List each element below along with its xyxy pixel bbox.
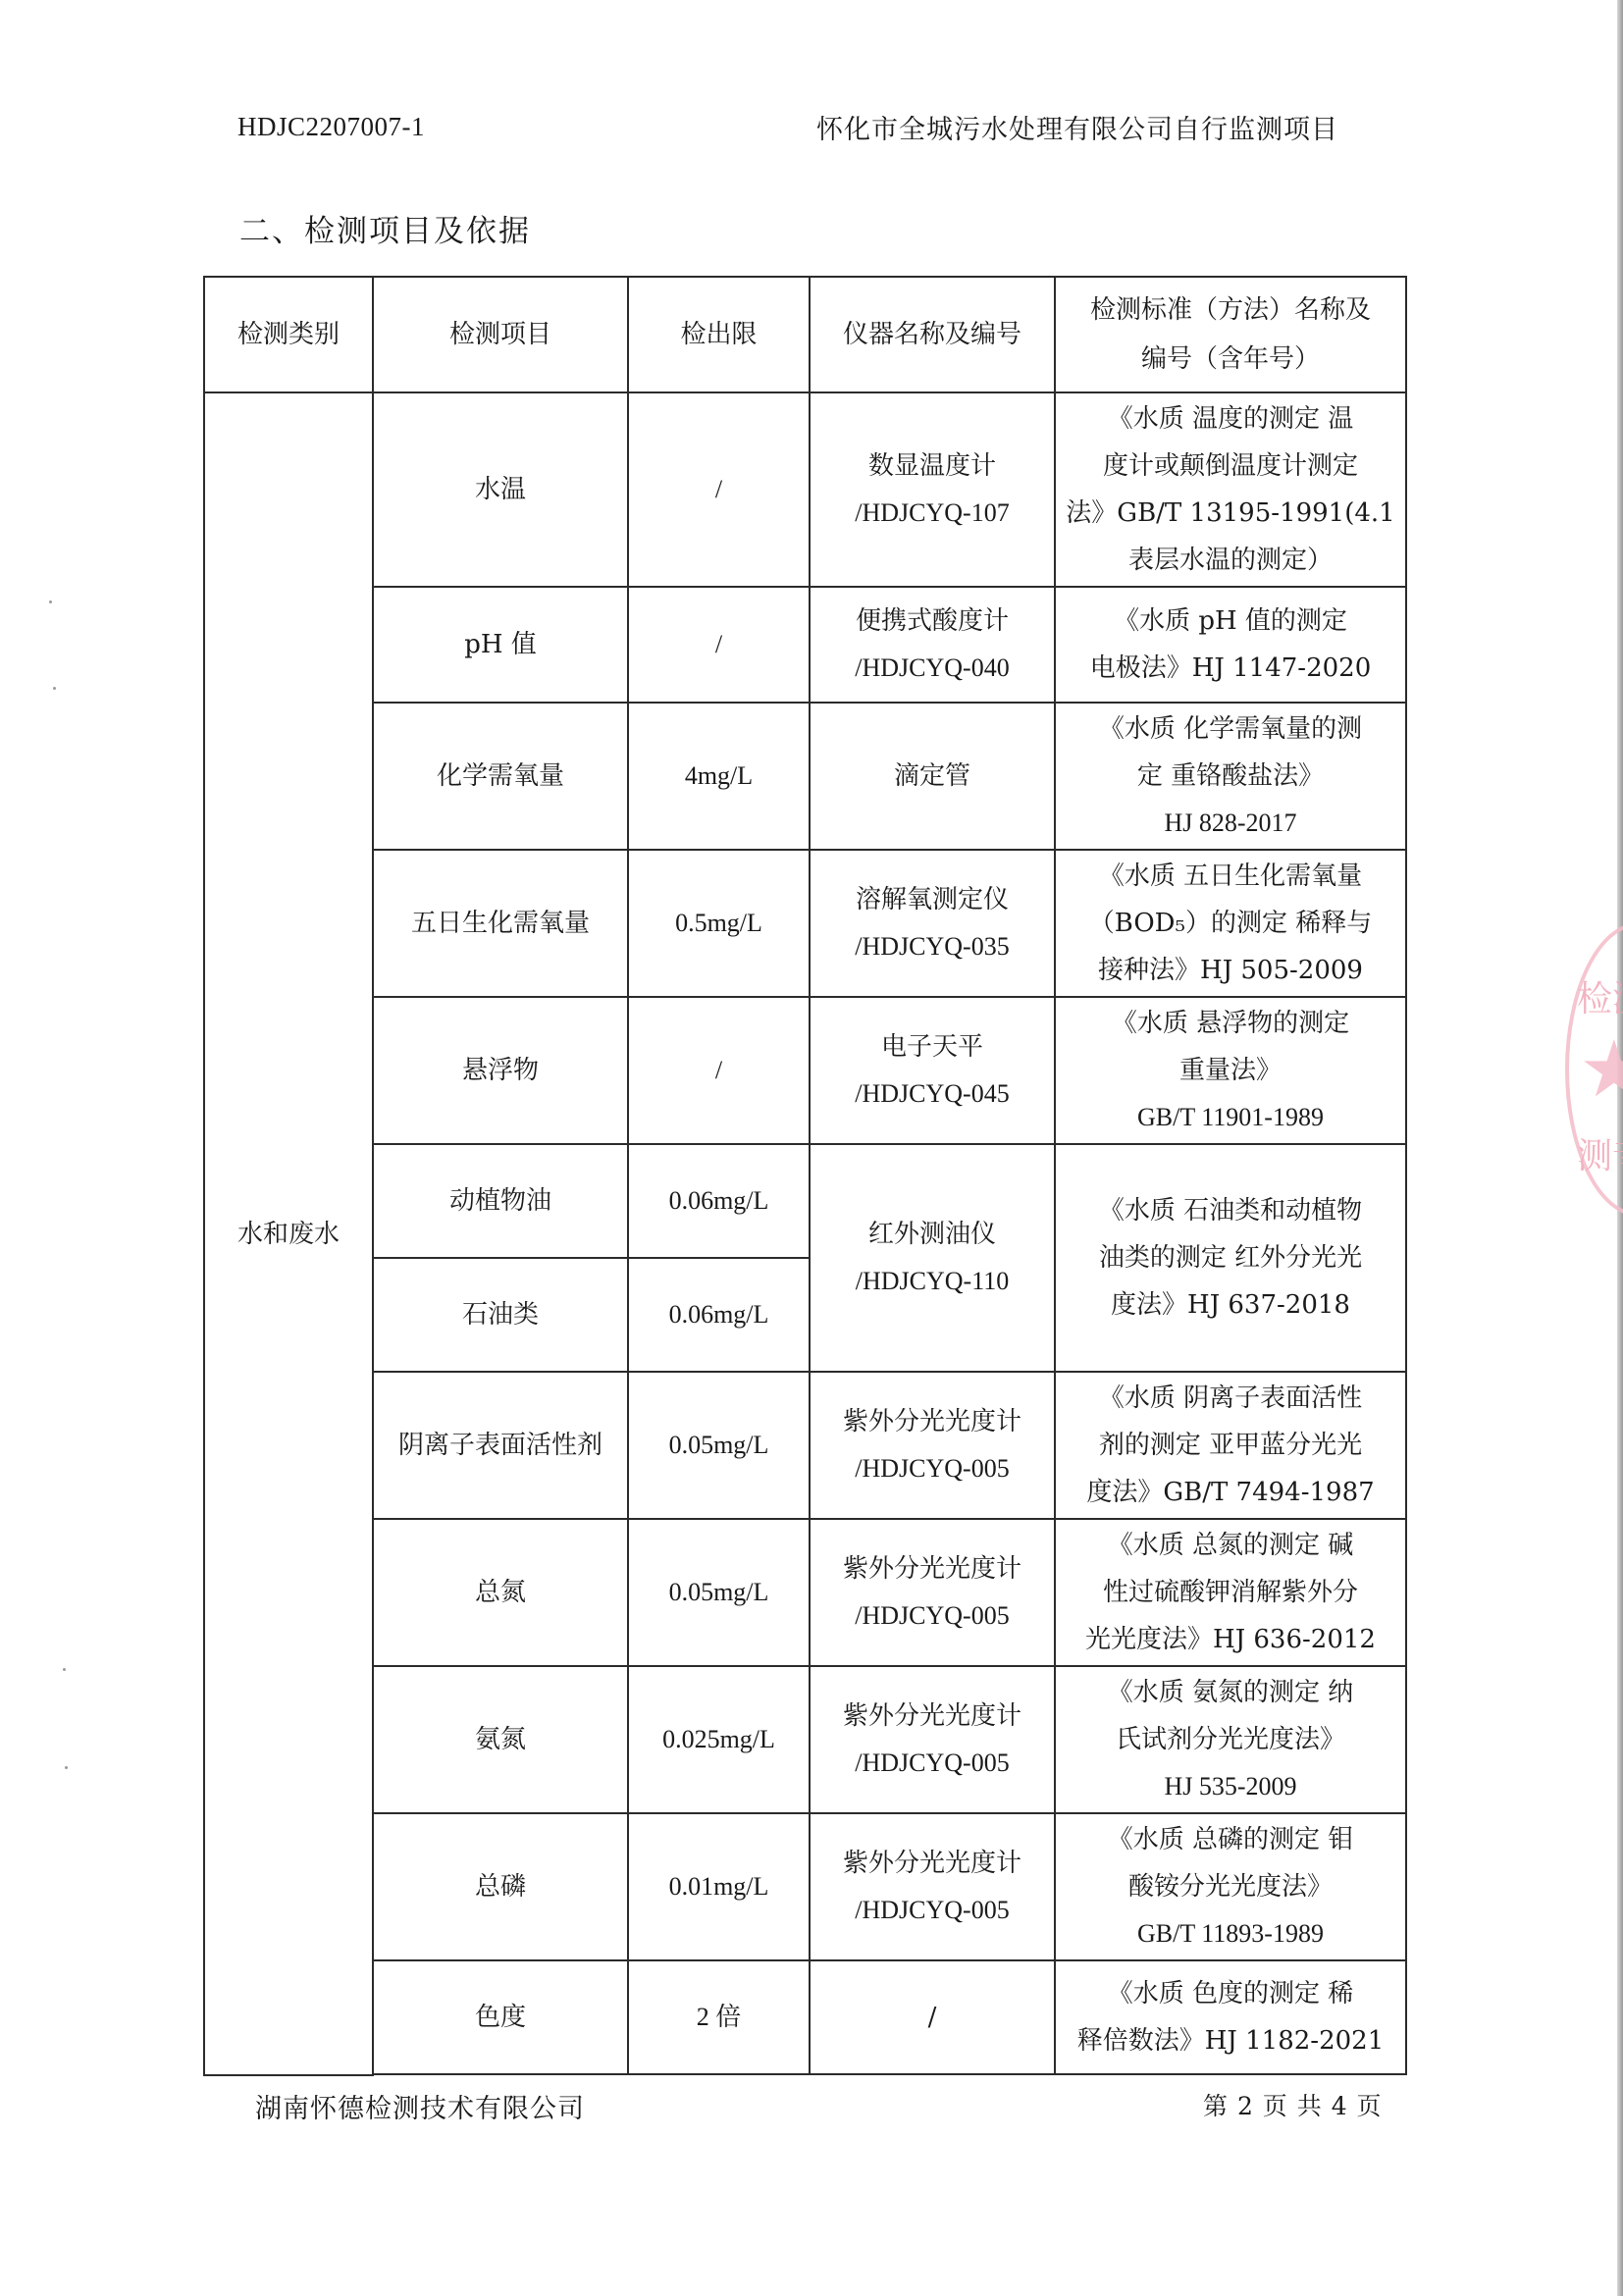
limit-cell: 0.05mg/L: [628, 1372, 810, 1519]
item-cell: 化学需氧量: [373, 703, 628, 850]
project-title: 怀化市全城污水处理有限公司自行监测项目: [816, 108, 1338, 146]
footer-company: 湖南怀德检测技术有限公司: [255, 2087, 585, 2125]
item-cell: 五日生化需氧量: [373, 850, 628, 997]
instrument-cell: 紫外分光光度计 /HDJCYQ-005: [810, 1519, 1055, 1666]
item-cell: 色度: [373, 1960, 628, 2074]
instrument-cell: 紫外分光光度计 /HDJCYQ-005: [810, 1666, 1055, 1813]
instrument-cell: /: [810, 1960, 1055, 2074]
table-row: 悬浮物 / 电子天平 /HDJCYQ-045 《水质 悬浮物的测定 重量法》 G…: [204, 997, 1406, 1144]
scan-speck: [63, 1668, 66, 1671]
standard-cell: 《水质 pH 值的测定 电极法》HJ 1147-2020: [1055, 587, 1406, 703]
scan-speck: [49, 600, 52, 603]
col-header-standard: 检测标准（方法）名称及 编号（含年号）: [1055, 277, 1406, 392]
standard-cell: 《水质 氨氮的测定 纳 氏试剂分光光度法》 HJ 535-2009: [1055, 1666, 1406, 1813]
category-cell: 水和废水: [204, 392, 373, 2075]
standard-cell: 《水质 总磷的测定 钼 酸铵分光光度法》 GB/T 11893-1989: [1055, 1813, 1406, 1960]
item-cell: 水温: [373, 392, 628, 587]
standard-cell: 《水质 石油类和动植物 油类的测定 红外分光光 度法》HJ 637-2018: [1055, 1144, 1406, 1372]
col-header-instrument: 仪器名称及编号: [810, 277, 1055, 392]
limit-cell: 4mg/L: [628, 703, 810, 850]
item-cell: 悬浮物: [373, 997, 628, 1144]
standard-cell: 《水质 色度的测定 稀 释倍数法》HJ 1182-2021: [1055, 1960, 1406, 2074]
official-seal-stamp: 检测 ★ 测专: [1565, 922, 1623, 1217]
item-cell: pH 值: [373, 587, 628, 703]
section-title: 二、检测项目及依据: [239, 206, 531, 250]
limit-cell: 0.06mg/L: [628, 1258, 810, 1372]
col-header-limit: 检出限: [628, 277, 810, 392]
standard-cell: 《水质 五日生化需氧量 （BOD₅）的测定 稀释与 接种法》HJ 505-200…: [1055, 850, 1406, 997]
scan-speck: [53, 687, 56, 690]
scan-edge: [1617, 0, 1623, 2296]
limit-cell: 0.025mg/L: [628, 1666, 810, 1813]
limit-cell: 2 倍: [628, 1960, 810, 2074]
standard-cell: 《水质 化学需氧量的测 定 重铬酸盐法》 HJ 828-2017: [1055, 703, 1406, 850]
item-cell: 总氮: [373, 1519, 628, 1666]
item-cell: 总磷: [373, 1813, 628, 1960]
table-row: 水和废水 水温 / 数显温度计 /HDJCYQ-107 《水质 温度的测定 温 …: [204, 392, 1406, 587]
seal-text-top: 检测: [1577, 971, 1623, 1021]
item-cell: 动植物油: [373, 1144, 628, 1258]
footer-page-info: 第 2 页 共 4 页: [1203, 2087, 1383, 2122]
instrument-cell: 数显温度计 /HDJCYQ-107: [810, 392, 1055, 587]
limit-cell: /: [628, 587, 810, 703]
instrument-cell: 滴定管: [810, 703, 1055, 850]
table-row: 总磷 0.01mg/L 紫外分光光度计 /HDJCYQ-005 《水质 总磷的测…: [204, 1813, 1406, 1960]
instrument-cell: 溶解氧测定仪 /HDJCYQ-035: [810, 850, 1055, 997]
limit-cell: 0.5mg/L: [628, 850, 810, 997]
item-cell: 氨氮: [373, 1666, 628, 1813]
table-row: pH 值 / 便携式酸度计 /HDJCYQ-040 《水质 pH 值的测定 电极…: [204, 587, 1406, 703]
item-cell: 石油类: [373, 1258, 628, 1372]
seal-ring: [1565, 922, 1623, 1217]
limit-cell: 0.06mg/L: [628, 1144, 810, 1258]
col-header-category: 检测类别: [204, 277, 373, 392]
detection-items-table: 检测类别 检测项目 检出限 仪器名称及编号 检测标准（方法）名称及 编号（含年号…: [203, 276, 1407, 2076]
instrument-cell: 便携式酸度计 /HDJCYQ-040: [810, 587, 1055, 703]
standard-cell: 《水质 悬浮物的测定 重量法》 GB/T 11901-1989: [1055, 997, 1406, 1144]
table-row: 色度 2 倍 / 《水质 色度的测定 稀 释倍数法》HJ 1182-2021: [204, 1960, 1406, 2074]
table-row: 化学需氧量 4mg/L 滴定管 《水质 化学需氧量的测 定 重铬酸盐法》 HJ …: [204, 703, 1406, 850]
seal-text-bottom: 测专: [1577, 1128, 1623, 1178]
limit-cell: 0.01mg/L: [628, 1813, 810, 1960]
scan-speck: [65, 1766, 68, 1769]
instrument-cell: 紫外分光光度计 /HDJCYQ-005: [810, 1813, 1055, 1960]
standard-cell: 《水质 总氮的测定 碱 性过硫酸钾消解紫外分 光光度法》HJ 636-2012: [1055, 1519, 1406, 1666]
table-header-row: 检测类别 检测项目 检出限 仪器名称及编号 检测标准（方法）名称及 编号（含年号…: [204, 277, 1406, 392]
table-row: 五日生化需氧量 0.5mg/L 溶解氧测定仪 /HDJCYQ-035 《水质 五…: [204, 850, 1406, 997]
col-header-item: 检测项目: [373, 277, 628, 392]
standard-cell: 《水质 阴离子表面活性 剂的测定 亚甲蓝分光光 度法》GB/T 7494-198…: [1055, 1372, 1406, 1519]
table-row: 氨氮 0.025mg/L 紫外分光光度计 /HDJCYQ-005 《水质 氨氮的…: [204, 1666, 1406, 1813]
instrument-cell: 紫外分光光度计 /HDJCYQ-005: [810, 1372, 1055, 1519]
instrument-cell: 红外测油仪 /HDJCYQ-110: [810, 1144, 1055, 1372]
standard-cell: 《水质 温度的测定 温 度计或颠倒温度计测定 法》GB/T 13195-1991…: [1055, 392, 1406, 587]
table-row: 阴离子表面活性剂 0.05mg/L 紫外分光光度计 /HDJCYQ-005 《水…: [204, 1372, 1406, 1519]
limit-cell: /: [628, 392, 810, 587]
limit-cell: /: [628, 997, 810, 1144]
instrument-cell: 电子天平 /HDJCYQ-045: [810, 997, 1055, 1144]
item-cell: 阴离子表面活性剂: [373, 1372, 628, 1519]
limit-cell: 0.05mg/L: [628, 1519, 810, 1666]
report-number: HDJC2207007-1: [237, 112, 425, 142]
table-row: 总氮 0.05mg/L 紫外分光光度计 /HDJCYQ-005 《水质 总氮的测…: [204, 1519, 1406, 1666]
table-row: 动植物油 0.06mg/L 红外测油仪 /HDJCYQ-110 《水质 石油类和…: [204, 1144, 1406, 1258]
